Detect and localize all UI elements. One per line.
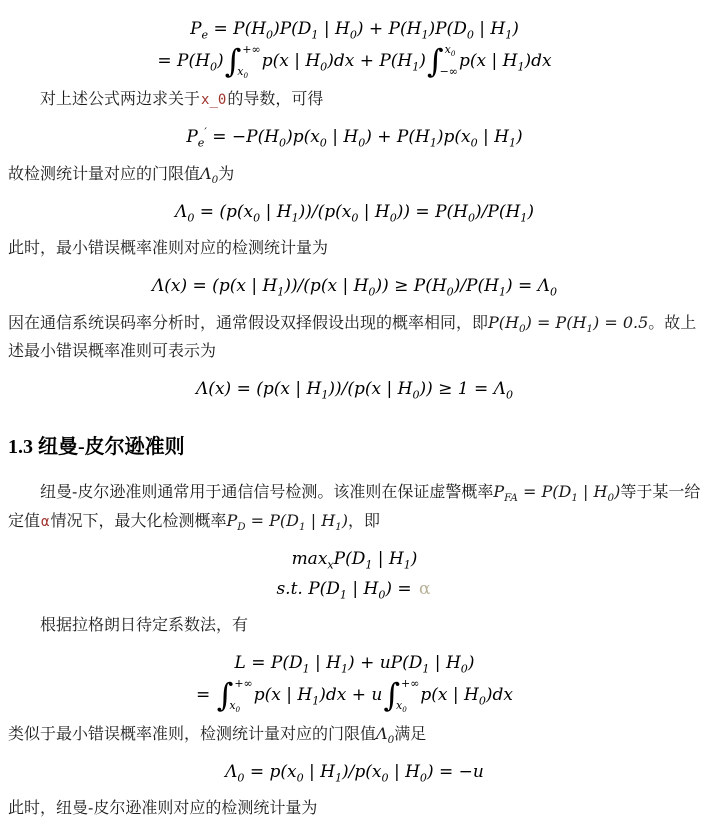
inline-math: Λ0 = (p(x0 | H1))/(p(x0 | H0)) = P(H0)/P… [175,202,534,222]
integral-limits: +∞x0 [242,44,260,78]
integral-limits: +∞x0 [401,678,419,712]
inline-math: Λ(x) = (p(x | H1))/(p(x | H0)) ≥ 1 = Λ0 [196,379,513,399]
upper-limit: +∞ [401,678,419,690]
equation-line: = P(H0)∫+∞x0p(x | H0)dx + P(H1)∫x0−∞p(x … [8,44,701,78]
equation-line: L = P(D1 | H1) + uP(D1 | H0) [8,648,701,678]
upper-limit: +∞ [242,44,260,56]
equation-line: Λ(x) = (p(x | H1))/(p(x | H0)) ≥ P(H0)/P… [8,271,701,301]
text-run: 情况下，最大化检测概率 [50,513,226,530]
text-run: 对上述公式两边求关于 [40,91,200,108]
equation-line: s.t. P(D1 | H0) = α [8,574,701,604]
lower-limit: −∞ [440,66,458,78]
np-threshold-equation: Λ0 = p(x0 | H1)/p(x0 | H0) = −u [8,757,701,787]
text-run: 此时，最小错误概率准则对应的检测统计量为 [8,240,328,257]
inline-math: PFA = P(D1 | H0) [493,482,620,501]
inline-code: x_0 [200,92,227,108]
paragraph: 因在通信系统误码率分析时，通常假设双择假设出现的概率相同，即P(H0) = P(… [8,309,701,366]
equation-line: Λ(x) = (p(x | H1))/(p(x | H0)) ≥ 1 = Λ0 [8,374,701,404]
text-run: 满足 [394,726,426,743]
paragraph: 此时，纽曼-皮尔逊准则对应的检测统计量为 [8,795,701,819]
inline-math: s.t. P(D1 | H0) = [276,579,417,599]
lower-limit: x0 [237,66,248,78]
paragraph: 故检测统计量对应的门限值Λ0为 [8,160,701,189]
inline-math: Λ(x) = (p(x | H1))/(p(x | H0)) ≥ P(H0)/P… [152,276,557,296]
inline-code: α [40,514,50,530]
integral-symbol: ∫+∞x0 [217,678,253,712]
integral-symbol: ∫+∞x0 [225,44,261,78]
text-run: 因在通信系统误码率分析时，通常假设双择假设出现的概率相同，即 [8,315,488,332]
inline-math: maxxP(D1 | H1) [292,549,418,569]
inline-math: Pe = P(H0)P(D1 | H0) + P(H1)P(D0 | H1) [190,19,519,39]
inline-math: P(H0) = P(H1) = 0.5 [488,313,648,332]
lagrangian-equation: L = P(D1 | H1) + uP(D1 | H0)= ∫+∞x0p(x |… [8,648,701,712]
paragraph: 对上述公式两边求关于x_0的导数，可得 [8,86,701,114]
neyman-pearson-objective: maxxP(D1 | H1)s.t. P(D1 | H0) = α [8,544,701,604]
equation-line: Pe = P(H0)P(D1 | H0) + P(H1)P(D0 | H1) [8,14,701,44]
paragraph: 类似于最小错误概率准则，检测统计量对应的门限值Λ0满足 [8,720,701,749]
integral-limits: x0−∞ [445,44,458,78]
equation-line: Λ0 = (p(x0 | H1))/(p(x0 | H0)) = P(H0)/P… [8,197,701,227]
integral-limits: +∞x0 [234,678,252,712]
inline-math: Pe′ = −P(H0)p(x0 | H0) + P(H1)p(x0 | H1) [186,127,522,147]
document: Pe = P(H0)P(D1 | H0) + P(H1)P(D0 | H1)= … [8,14,701,819]
text-run: ，即 [348,513,380,530]
threshold-equation: Λ0 = (p(x0 | H1))/(p(x0 | H0)) = P(H0)/P… [8,197,701,227]
integral-symbol: ∫x0−∞ [427,44,458,78]
inline-math: = P(H0)∫+∞x0p(x | H0)dx + P(H1)∫x0−∞p(x … [157,51,551,71]
simplified-criterion-equation: Λ(x) = (p(x | H1))/(p(x | H0)) ≥ 1 = Λ0 [8,374,701,404]
error-probability-equation: Pe = P(H0)P(D1 | H0) + P(H1)P(D0 | H1)= … [8,14,701,78]
equation-line: Λ0 = p(x0 | H1)/p(x0 | H0) = −u [8,757,701,787]
upper-limit: x0 [445,44,456,56]
text-run: 为 [218,166,234,183]
text-run: 根据拉格朗日待定系数法，有 [40,617,248,634]
inline-math: Λ0 = p(x0 | H1)/p(x0 | H0) = −u [225,762,484,782]
paragraph: 根据拉格朗日待定系数法，有 [8,612,701,640]
section-heading: 1.3 纽曼-皮尔逊准则 [8,434,701,460]
page: { "page": { "background": "#ffffff", "co… [0,0,709,819]
text-run: 1.3 纽曼-皮尔逊准则 [8,436,185,458]
likelihood-ratio-equation: Λ(x) = (p(x | H1))/(p(x | H0)) ≥ P(H0)/P… [8,271,701,301]
text-run: 的导数，可得 [227,91,323,108]
inline-math: L = P(D1 | H1) + uP(D1 | H0) [235,653,475,673]
equation-line: Pe′ = −P(H0)p(x0 | H0) + P(H1)p(x0 | H1) [8,122,701,152]
inline-math: Λ0 [376,724,394,743]
integral-symbol: ∫+∞x0 [383,678,419,712]
text-run: 此时，纽曼-皮尔逊准则对应的检测统计量为 [8,800,317,817]
equation-line: = ∫+∞x0p(x | H1)dx + u∫+∞x0p(x | H0)dx [8,678,701,712]
inline-math: = ∫+∞x0p(x | H1)dx + u∫+∞x0p(x | H0)dx [196,685,513,705]
alpha-symbol: α [417,579,432,599]
equation-line: maxxP(D1 | H1) [8,544,701,574]
lower-limit: x0 [229,700,240,712]
inline-math: PD = P(D1 | H1) [226,511,348,530]
text-run: 类似于最小错误概率准则，检测统计量对应的门限值 [8,726,376,743]
lower-limit: x0 [396,700,407,712]
text-run: 纽曼-皮尔逊准则通常用于通信信号检测。该准则在保证虚警概率 [40,484,493,501]
derivative-equation: Pe′ = −P(H0)p(x0 | H0) + P(H1)p(x0 | H1) [8,122,701,152]
paragraph: 纽曼-皮尔逊准则通常用于通信信号检测。该准则在保证虚警概率PFA = P(D1 … [8,478,701,536]
inline-math: Λ0 [200,164,218,183]
text-run: 故检测统计量对应的门限值 [8,166,200,183]
paragraph: 此时，最小错误概率准则对应的检测统计量为 [8,235,701,263]
upper-limit: +∞ [234,678,252,690]
